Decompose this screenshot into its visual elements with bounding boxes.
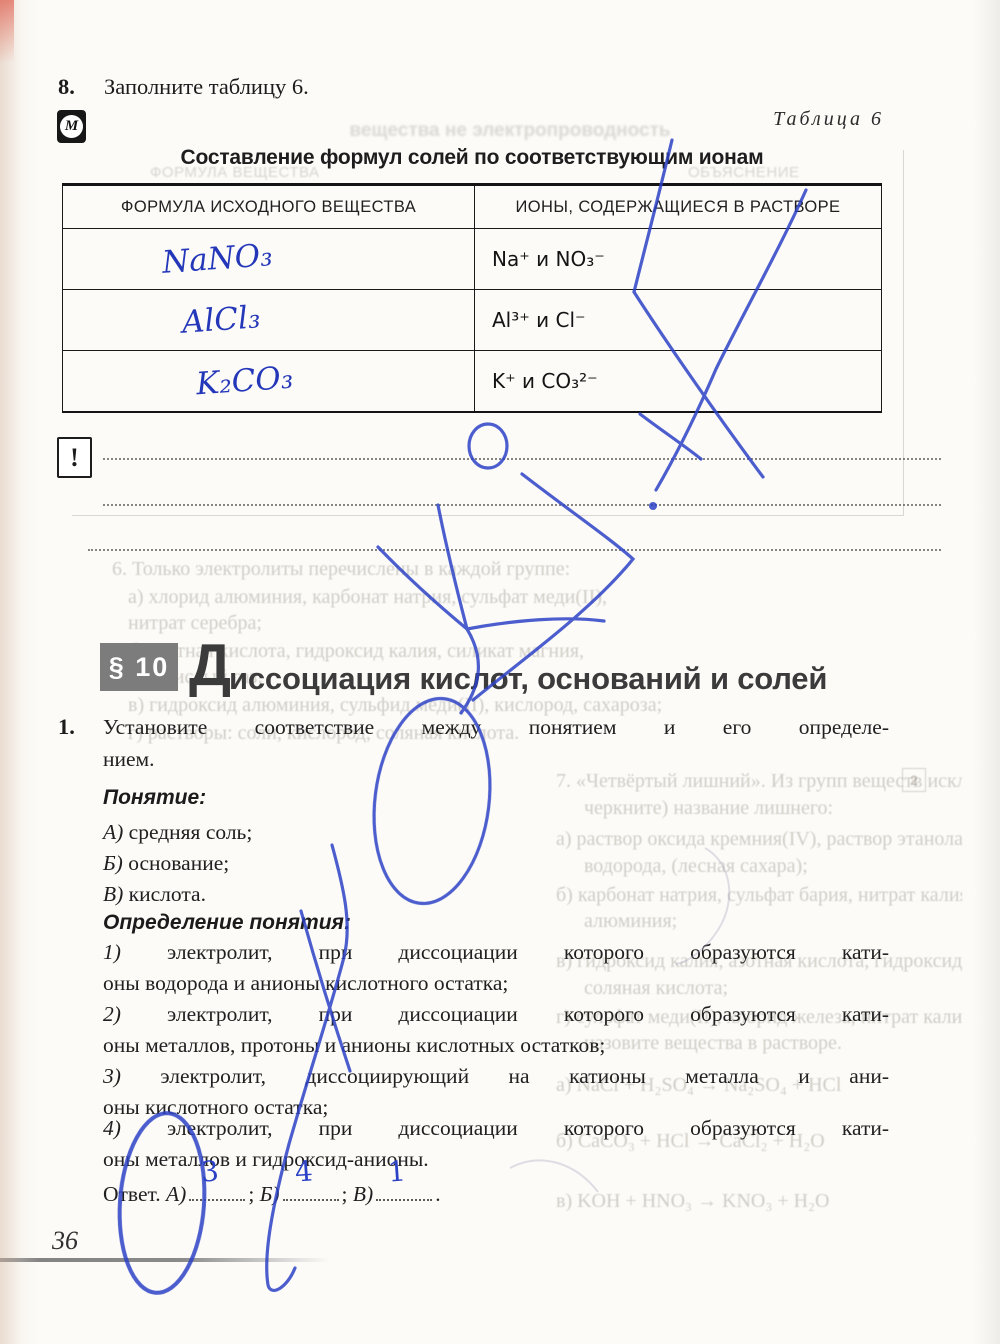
bleedthrough-line: а) хлорид алюминия, карбонат натрия, сул… <box>128 584 908 610</box>
formula-cell: AlCl₃ <box>63 290 475 351</box>
task-prompt-line: Установите соответствие между понятием и… <box>103 712 889 743</box>
definition-text: электролит, при диссоциации которого обр… <box>167 1116 889 1140</box>
page-edge-shadow <box>0 0 40 1344</box>
answer-separator: ; <box>342 1182 348 1206</box>
bleedthrough-line: 6. Только электролиты перечислены в кажд… <box>112 556 912 582</box>
answer-blank: 3 <box>189 1181 245 1201</box>
table-label: Таблица 6 <box>624 108 884 131</box>
handwritten-answer: 1 <box>387 1154 407 1188</box>
handwritten-answer: 3 <box>200 1154 220 1188</box>
section-title-dropcap: Д <box>189 636 231 695</box>
concept-text: кислота. <box>129 882 206 906</box>
handwritten-formula: K₂CO₃ <box>195 360 294 403</box>
concept-text: средняя соль; <box>129 820 253 844</box>
ruled-line <box>88 549 941 551</box>
section-title: иссоциация кислот, оснований и солей <box>229 663 827 694</box>
answer-separator: ; <box>248 1182 254 1206</box>
answer-marker: Б) <box>260 1182 280 1206</box>
concept-item: Б) основание; <box>103 848 229 879</box>
answer-separator: . <box>435 1182 440 1206</box>
workbook-page: вещества не электропроводность ФОРМУЛА В… <box>0 0 1000 1344</box>
bleedthrough-line: б) карбонат натрия, сульфат бария, нитра… <box>556 882 962 908</box>
concept-text: основание; <box>128 851 229 875</box>
definition-item: 1) электролит, при диссоциации которого … <box>103 937 889 999</box>
table-row: K₂CO₃ K⁺ и CO₃²⁻ <box>63 351 882 413</box>
definition-marker: 3) <box>103 1064 121 1088</box>
ions-cell: K⁺ и CO₃²⁻ <box>475 351 882 413</box>
definition-item: 4) электролит, при диссоциации которого … <box>103 1113 889 1175</box>
concept-heading: Понятие: <box>103 786 206 810</box>
task-prompt: Заполните таблицу 6. <box>104 74 309 100</box>
table-row: NaNO₃ Na⁺ и NO₃⁻ <box>63 229 882 290</box>
salts-table: ФОРМУЛА ИСХОДНОГО ВЕЩЕСТВА ИОНЫ, СОДЕРЖА… <box>62 183 882 413</box>
handwritten-formula: NaNO₃ <box>161 237 274 281</box>
definition-heading: Определение понятия: <box>103 911 351 935</box>
bleedthrough-line: а) раствор оксида кремния(IV), раствор э… <box>556 826 962 852</box>
pen-circle <box>469 424 507 468</box>
definition-text: оны металлов, протоны и анионы кислотных… <box>103 1030 889 1061</box>
pen-stroke <box>467 619 604 629</box>
handwritten-answer: 4 <box>293 1154 313 1188</box>
bleedthrough-line: водорода, (лесная сахара); <box>584 853 962 879</box>
bleedthrough-line: 7. «Четвёртый лишний». Из групп веществ … <box>556 768 962 794</box>
task-number: 8. <box>58 74 75 100</box>
concept-marker: В) <box>103 882 123 906</box>
ions-cell: Al³⁺ и Cl⁻ <box>475 290 882 351</box>
bleedthrough-table-line <box>903 150 904 516</box>
attention-icon: ! <box>57 437 92 478</box>
ions-cell: Na⁺ и NO₃⁻ <box>475 229 882 290</box>
bleedthrough-line: черкните) название лишнего: <box>584 795 962 821</box>
answer-blank: 4 <box>283 1181 339 1201</box>
definition-text: электролит, при диссоциации которого обр… <box>167 1002 889 1026</box>
pen-stroke <box>640 414 701 459</box>
definition-text: электролит, диссоциирующий на катионы ме… <box>160 1064 889 1088</box>
answer-marker: В) <box>353 1182 373 1206</box>
bleedthrough-line: нитрат серебра; <box>128 610 448 636</box>
answer-label: Ответ. <box>103 1182 161 1206</box>
page-edge-shadow <box>974 0 1000 1344</box>
definition-text: электролит, при диссоциации которого обр… <box>167 940 889 964</box>
definition-item: 2) электролит, при диссоциации которого … <box>103 999 889 1061</box>
answer-marker: А) <box>166 1182 186 1206</box>
section-badge: § 10 <box>100 643 178 691</box>
formula-cell: K₂CO₃ <box>63 351 475 413</box>
page-number: 36 <box>52 1226 78 1256</box>
footer-rule <box>0 1258 330 1262</box>
column-header-formula: ФОРМУЛА ИСХОДНОГО ВЕЩЕСТВА <box>63 185 475 229</box>
definition-marker: 4) <box>103 1116 121 1140</box>
methodology-margin-icon: М <box>57 110 86 143</box>
handwritten-formula: AlCl₃ <box>181 299 262 340</box>
concept-marker: А) <box>103 820 123 844</box>
corner-mark <box>0 0 14 62</box>
ruled-line <box>103 458 941 460</box>
bleedthrough-line: в) KOH + HNO₃ → KNO₃ + H₂O <box>556 1188 946 1214</box>
definition-marker: 1) <box>103 940 121 964</box>
answer-blank: 1 <box>376 1181 432 1201</box>
concept-marker: Б) <box>103 851 123 875</box>
table-row: AlCl₃ Al³⁺ и Cl⁻ <box>63 290 882 351</box>
bleedthrough-line: алюминия; <box>584 908 784 934</box>
formula-cell: NaNO₃ <box>63 229 475 290</box>
concept-item: А) средняя соль; <box>103 817 252 848</box>
definition-text: оны металлов и гидроксид-анионы. <box>103 1144 889 1175</box>
ruled-line <box>103 504 941 506</box>
task-number: 1. <box>58 714 75 740</box>
task-prompt-line: нием. <box>103 744 155 775</box>
column-header-ions: ИОНЫ, СОДЕРЖАЩИЕСЯ В РАСТВОРЕ <box>475 185 882 229</box>
definition-text: оны водорода и анионы кислотного остатка… <box>103 968 889 999</box>
bleedthrough-table-line <box>72 515 903 516</box>
answer-row: Ответ. А)3; Б)4; В)1. <box>103 1181 441 1207</box>
concept-item: В) кислота. <box>103 879 206 910</box>
definition-marker: 2) <box>103 1002 121 1026</box>
m-icon-letter: М <box>60 115 83 138</box>
table-title: Составление формул солей по соответствую… <box>62 146 882 170</box>
